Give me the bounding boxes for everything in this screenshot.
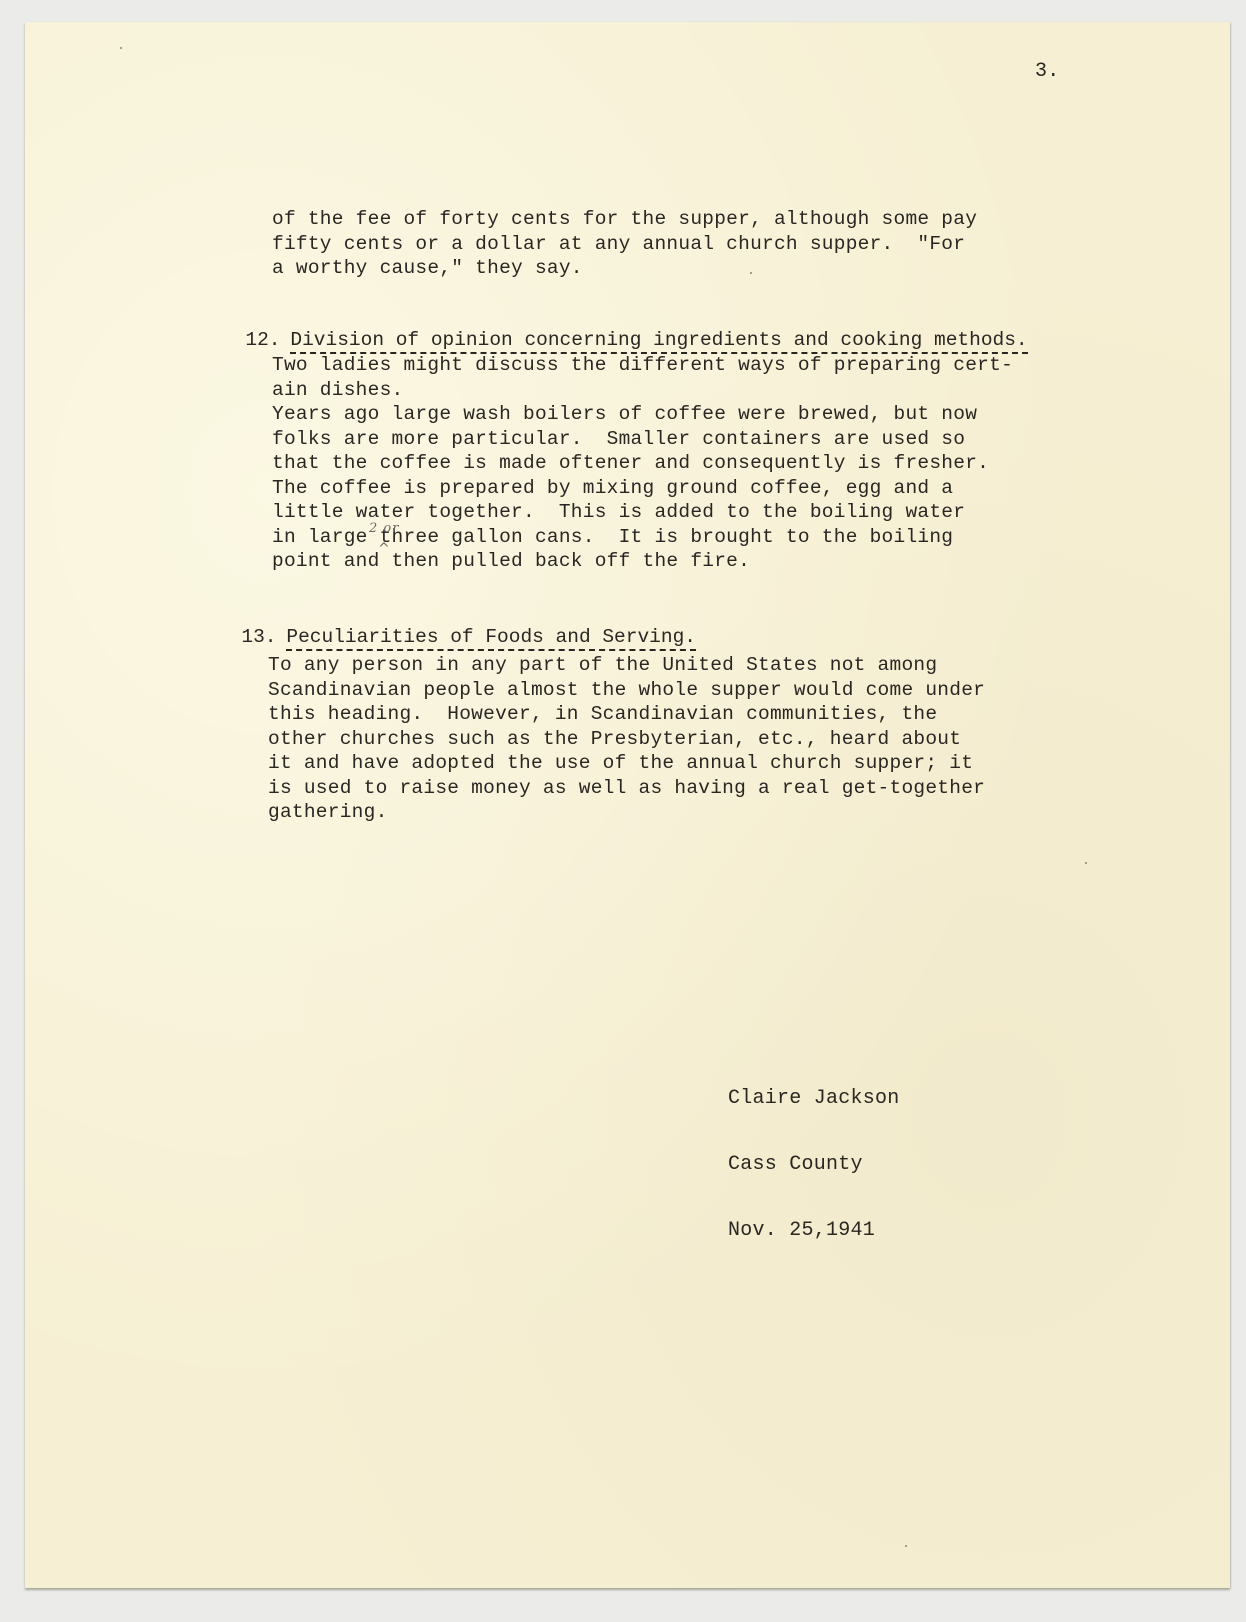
- section-12-heading: 12.Division of opinion concerning ingred…: [222, 303, 1028, 352]
- intro-paragraph: of the fee of forty cents for the supper…: [272, 207, 977, 281]
- section-number: 13.: [241, 625, 286, 650]
- section-13-heading: 13.Peculiarities of Foods and Serving.: [218, 600, 696, 649]
- section-number: 12.: [245, 328, 290, 353]
- section-13-body: To any person in any part of the United …: [268, 653, 985, 825]
- page-number: 3.: [1035, 60, 1060, 85]
- insertion-caret-icon: ^: [378, 541, 390, 557]
- paper-speck: [905, 1545, 907, 1547]
- paper-speck: [120, 47, 122, 49]
- document-date: Nov. 25,1941: [728, 1220, 900, 1242]
- author-county: Cass County: [728, 1154, 900, 1176]
- handwritten-annotation: 2 or: [369, 521, 399, 536]
- section-title: Peculiarities of Foods and Serving.: [286, 626, 696, 651]
- author-name: Claire Jackson: [728, 1088, 900, 1110]
- signature-block: Claire Jackson Cass County Nov. 25,1941: [728, 1044, 900, 1264]
- paper-speck: [1085, 862, 1087, 864]
- section-title: Division of opinion concerning ingredien…: [290, 329, 1027, 354]
